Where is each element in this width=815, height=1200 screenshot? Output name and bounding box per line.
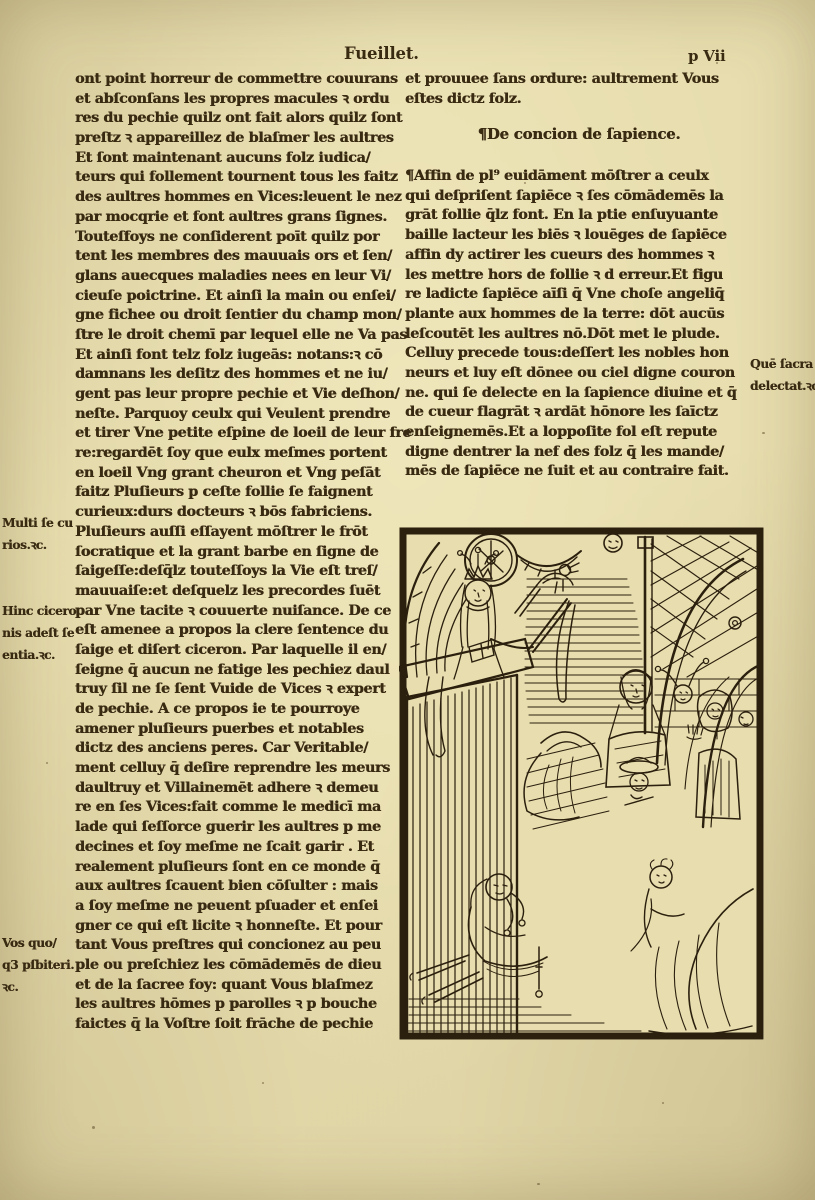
text-line: entia.ꝛc.: [2, 644, 74, 666]
text-line: a ſoy meſme ne peuent pſuader et enſei: [75, 897, 405, 917]
text-line: gent pas leur propre pechie et Vie deſho…: [75, 385, 405, 405]
page-header-title: Fueillet.: [344, 44, 419, 63]
woodcut-sermon-of-sapience: [399, 527, 764, 1040]
text-line: Pluſieurs auſſi eſſayent mōſtrer le frōt: [75, 523, 405, 543]
text-line: amener pluſieurs puerbes et notables: [75, 720, 405, 740]
text-line: grāt follie q̄lz font. En la ptie enſuyu…: [405, 206, 753, 226]
text-line: ꝛc.: [2, 976, 74, 998]
text-line: re ladicte ſapiēce aīſi q̄ Vne choſe ang…: [405, 285, 753, 305]
text-line: baille lacteur les biēs ꝛ louēges de ſap…: [405, 226, 753, 246]
text-line: lade qui ſeſſorce guerir les aultres p m…: [75, 818, 405, 838]
text-line: digne dentrer la nef des folz q̄ les man…: [405, 443, 753, 463]
text-line: q3 pſbiteri.: [2, 954, 74, 976]
text-line: et tirer Vne petite eſpine de loeil de l…: [75, 424, 405, 444]
text-line: re en ſes Vices:fait comme le medicī ma: [75, 798, 405, 818]
margin-note-hinc-ciceronis: Hinc ciceronis adeſt ſeentia.ꝛc.: [2, 600, 74, 666]
ink-speck: [662, 1102, 664, 1104]
text-line: et de la ſacree foy: quant Vous blaſmez: [75, 976, 405, 996]
text-line: Et ſont maintenant aucuns folz iudica/: [75, 149, 405, 169]
text-line: ont point horreur de commettre couurans: [75, 70, 405, 90]
margin-note-multi-se-curios: Multi ſe curios.ꝛc.: [2, 512, 74, 556]
text-line: en loeil Vng grant cheuron et Vng peſāt: [75, 464, 405, 484]
ink-speck: [46, 762, 48, 764]
text-line: qui deſpriſent ſapiēce ꝛ ſes cōmādemēs l…: [405, 187, 753, 207]
text-line: Hinc cicero: [2, 600, 74, 622]
text-line: faictes q̄ la Voſtre ſoit frāche de pech…: [75, 1015, 405, 1035]
text-line: neſte. Parquoy ceulx qui Veulent prendre: [75, 405, 405, 425]
text-line: ſaigeſſe:deſq̄lz touteſſoys la Vie eſt t…: [75, 562, 405, 582]
text-line: faitz Pluſieurs p ceſte follie ſe faigne…: [75, 483, 405, 503]
text-line: de pechie. A ce propos ie te pourroye: [75, 700, 405, 720]
text-line: des aultres hommes en Vices:leuent le ne…: [75, 188, 405, 208]
text-line: plante aux hommes de la terre: dōt aucūs: [405, 305, 753, 325]
text-line: Celluy precede tous:deſſert les nobles h…: [405, 344, 753, 364]
text-line: res du pechie quilz ont fait alors quilz…: [75, 109, 405, 129]
text-line: daultruy et Villainemēt adhere ꝛ demeu: [75, 779, 405, 799]
text-line: nis adeſt ſe: [2, 622, 74, 644]
ink-speck: [762, 432, 765, 434]
text-line: Touteſfoys ne conſiderent poīt quilz por: [75, 228, 405, 248]
woodcut-image: [399, 527, 764, 1040]
page-folio-number: p Vii: [688, 47, 725, 65]
text-line: ple ou preſchiez les cōmādemēs de dieu: [75, 956, 405, 976]
text-line: Multi ſe cu: [2, 512, 74, 534]
text-line: teurs qui follement tournent tous les fa…: [75, 168, 405, 188]
text-line: enſeignemēs.Et a loppoſite fol eſt reput…: [405, 423, 753, 443]
paragraph-end: et prouuee ſans ordure: aultrement Vouse…: [405, 70, 753, 109]
text-line: realement pluſieurs ſont en ce monde q̄: [75, 858, 405, 878]
text-line: tant Vous preſtres qui concionez au peu: [75, 936, 405, 956]
text-line: ſaige et diſert ciceron. Par laquelle il…: [75, 641, 405, 661]
text-line: mauuaiſe:et deſquelz les precordes ſuēt: [75, 582, 405, 602]
text-line: cieuſe poictrine. Et ainſi la main ou en…: [75, 287, 405, 307]
text-column-right: et prouuee ſans ordure: aultrement Vouse…: [405, 70, 753, 482]
text-column-left: ont point horreur de commettre couuranse…: [75, 70, 405, 1035]
text-line: ment celluy q̄ deſire reprendre les meur…: [75, 759, 405, 779]
text-line: Et ainſi font telz folz iugeās: notans:ꝛ…: [75, 346, 405, 366]
text-line: ¶Affin de pl⁹ euidāment mōſtrer a ceulx: [405, 167, 753, 187]
text-line: par Vne tacite ꝛ couuerte nuiſance. De c…: [75, 602, 405, 622]
ink-speck: [262, 1082, 264, 1084]
text-line: truy ſil ne ſe ſent Vuide de Vices ꝛ exp…: [75, 680, 405, 700]
text-line: ſeigne q̄ aucun ne fatige les pechiez da…: [75, 661, 405, 681]
text-line: gne fichee ou droit ſentier du champ mon…: [75, 306, 405, 326]
text-line: aux aultres ſcauent bien cōſulter : mais: [75, 877, 405, 897]
text-line: damnans les deſitz des hommes et ne iu/: [75, 365, 405, 385]
text-line: tent les membres des mauuais ors et ſen/: [75, 247, 405, 267]
margin-note-quem-sacra: Quē ſacradelectat.ꝛc.: [750, 353, 814, 397]
text-line: eſtes dictz folz.: [405, 90, 753, 110]
text-line: Vos quo/: [2, 932, 74, 954]
ink-speck: [92, 1126, 95, 1129]
ink-speck: [305, 78, 307, 80]
ink-speck: [524, 182, 526, 184]
text-line: par mocqrie et font aultres grans ſignes…: [75, 208, 405, 228]
chapter-heading: ¶De concion de ſapience.: [405, 125, 753, 145]
text-line: ſocratique et la grant barbe en ſigne de: [75, 543, 405, 563]
text-line: et abſconſans les propres macules ꝛ ordu: [75, 90, 405, 110]
text-line: Quē ſacra: [750, 353, 814, 375]
text-line: preſtz ꝛ appareillez de blaſmer les ault…: [75, 129, 405, 149]
text-line: decines et ſoy meſme ne ſcait garir . Et: [75, 838, 405, 858]
text-line: leſcoutēt les aultres nō.Dōt met le plud…: [405, 325, 753, 345]
text-line: neurs et luy eſt dōnee ou ciel digne cou…: [405, 364, 753, 384]
text-line: re:regardēt ſoy que eulx meſmes portent: [75, 444, 405, 464]
ink-speck: [716, 62, 718, 64]
text-line: curieux:durs docteurs ꝛ bōs fabriciens.: [75, 503, 405, 523]
text-line: de cueur flagrāt ꝛ ardāt hōnore les ſaīc…: [405, 403, 753, 423]
text-line: ſtre le droit chemī par lequel elle ne V…: [75, 326, 405, 346]
text-line: gner ce qui eſt licite ꝛ honneſte. Et po…: [75, 917, 405, 937]
text-line: et prouuee ſans ordure: aultrement Vous: [405, 70, 753, 90]
text-line: glans auecques maladies nees en leur Vi/: [75, 267, 405, 287]
text-line: dictz des anciens peres. Car Veritable/: [75, 739, 405, 759]
text-line: mēs de ſapiēce ne ſuit et au contraire f…: [405, 462, 753, 482]
text-line: rios.ꝛc.: [2, 534, 74, 556]
book-page: { "colors": { "parchment": "#e7ddae", "i…: [0, 0, 815, 1200]
text-line: les aultres hōmes p parolles ꝛ p bouche: [75, 995, 405, 1015]
paragraph-sapience: ¶Affin de pl⁹ euidāment mōſtrer a ceulxq…: [405, 167, 753, 482]
text-line: les mettre hors de follie ꝛ d erreur.Et …: [405, 266, 753, 286]
margin-note-vos-quoque: Vos quo/q3 pſbiteri.ꝛc.: [2, 932, 74, 998]
text-line: affin dy actirer les cueurs des hommes ꝛ: [405, 246, 753, 266]
ink-speck: [537, 1183, 540, 1185]
text-line: ne. qui ſe delecte en la ſapience diuine…: [405, 384, 753, 404]
text-line: eſt amenee a propos la clere ſentence du: [75, 621, 405, 641]
text-line: delectat.ꝛc.: [750, 375, 814, 397]
